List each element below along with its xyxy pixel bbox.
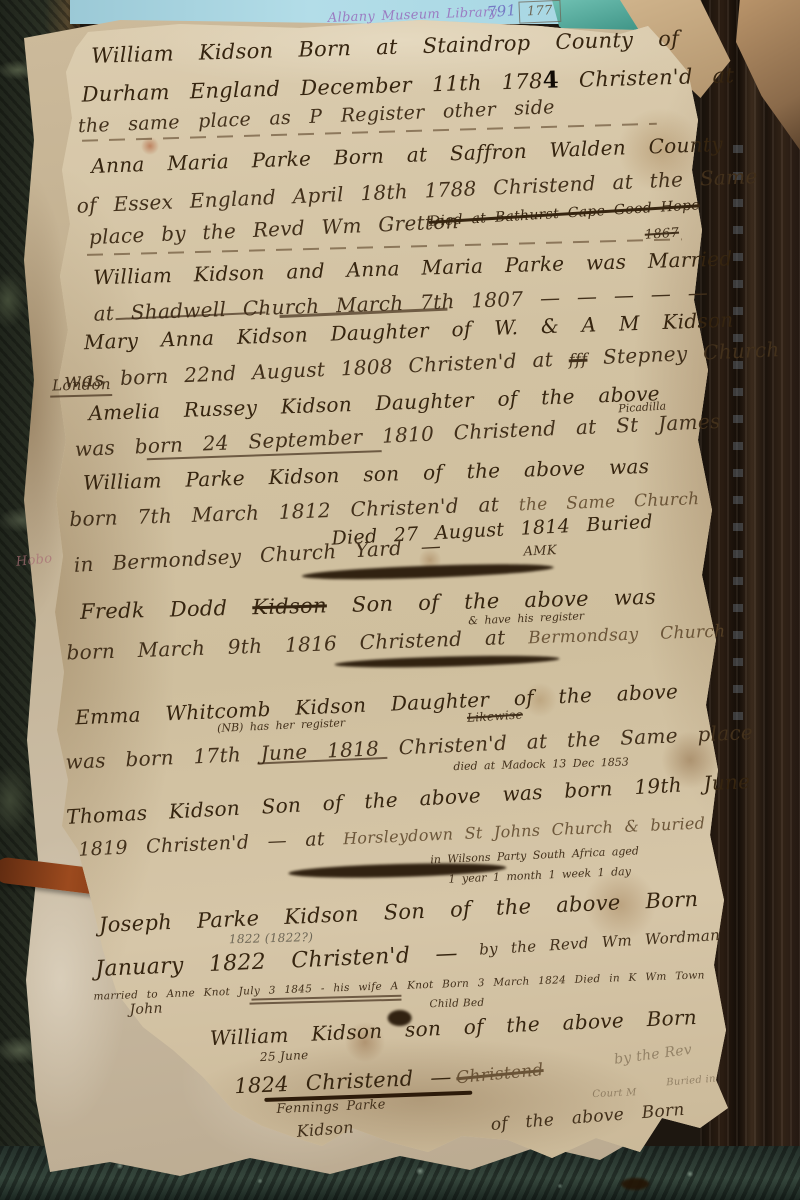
entry6-line1: William Parke Kidson son of the above wa… xyxy=(83,455,650,494)
entry7-name: Fredk Dodd xyxy=(80,596,228,624)
entry1-line1: William Kidson Born at Staindrop County … xyxy=(91,27,680,68)
entry4-line2-end: Stepney Church xyxy=(602,337,780,369)
entry1-line2: Durham England December 11th 1784 Christ… xyxy=(81,62,734,107)
entry11-faint-burial: Buried in xyxy=(666,1074,716,1089)
entry9-line2-text: 1819 Christen'd — at xyxy=(78,828,325,861)
entry10-clergy-note: by the Revd Wm Wordman xyxy=(479,927,721,958)
entry4-line2-text: was born 22nd August 1808 Christen'd at xyxy=(64,347,554,392)
entry7-line2-end: Bermondsay Church xyxy=(528,622,726,649)
entry11-date-note: 25 June xyxy=(260,1049,309,1064)
ink-smudge xyxy=(302,561,554,582)
accession-number-pencil: 177 xyxy=(527,4,553,19)
entry8-death-note: died at Madock 13 Dec 1853 xyxy=(453,756,629,773)
entry6-initials: AMK xyxy=(523,544,557,560)
underline xyxy=(50,394,112,398)
entry2-line3: place by the Revd Wm Gretton xyxy=(88,210,459,248)
entry10-line1: Joseph Parke Kidson Son of the above Bor… xyxy=(99,888,699,937)
entry8-line2: was born 17th June 1818 Christen'd at th… xyxy=(65,721,753,773)
entry2-struck-death-note: Died at Bathurst Cape Good Hope xyxy=(428,198,700,230)
entry1-line2-end: Christen'd at xyxy=(579,63,735,92)
entry12-name-line2: Kidson xyxy=(296,1118,354,1140)
manuscript-content: Albany Museum Library 791 177 William Ki… xyxy=(0,0,800,1200)
photo-of-register-page: Hobo Albany Museum Library 791 177 Willi… xyxy=(0,0,800,1200)
entry11-struck-word: Christend xyxy=(455,1061,544,1088)
library-stamp: Albany Museum Library xyxy=(328,6,498,26)
entry10-pencil-year: 1822 (1822?) xyxy=(229,931,314,946)
entry11-line1: William Kidson son of the above Born xyxy=(209,1006,697,1049)
ink-smudge xyxy=(334,654,559,670)
entry12-partial-line: of the above Born xyxy=(490,1101,685,1135)
accession-number-box: 177 xyxy=(518,0,561,24)
entry11-faint-note: Court M xyxy=(592,1087,637,1100)
entry4-margin-london: London xyxy=(52,376,111,394)
entry9-line2-end: Horsleydown St Johns Church & buried xyxy=(343,813,706,848)
entry10-note-childbed: Child Bed xyxy=(429,998,484,1011)
entry10-line2: January 1822 Christen'd — xyxy=(95,942,459,982)
entry8-struck-word: Likewise xyxy=(467,708,524,725)
entry7-line2: born March 9th 1816 Christend at Bermond… xyxy=(66,619,726,665)
entry8-line1: Emma Whitcomb Kidson Daughter of the abo… xyxy=(75,680,679,728)
entry10-note-john: John xyxy=(129,1002,163,1019)
entry11-faint-clergy: by the Rev xyxy=(613,1043,693,1068)
accession-number-ink: 791 xyxy=(486,2,517,21)
ink-blot xyxy=(621,1178,649,1190)
entry6-line2-end: the Same Church xyxy=(518,489,699,515)
entry12-name-line1: Fennings Parke xyxy=(276,1098,386,1117)
entry1-overwritten-4: 4 xyxy=(542,66,559,93)
entry4-struck-word: fff xyxy=(568,350,587,370)
entry7-struck-surname: Kidson xyxy=(252,593,327,619)
